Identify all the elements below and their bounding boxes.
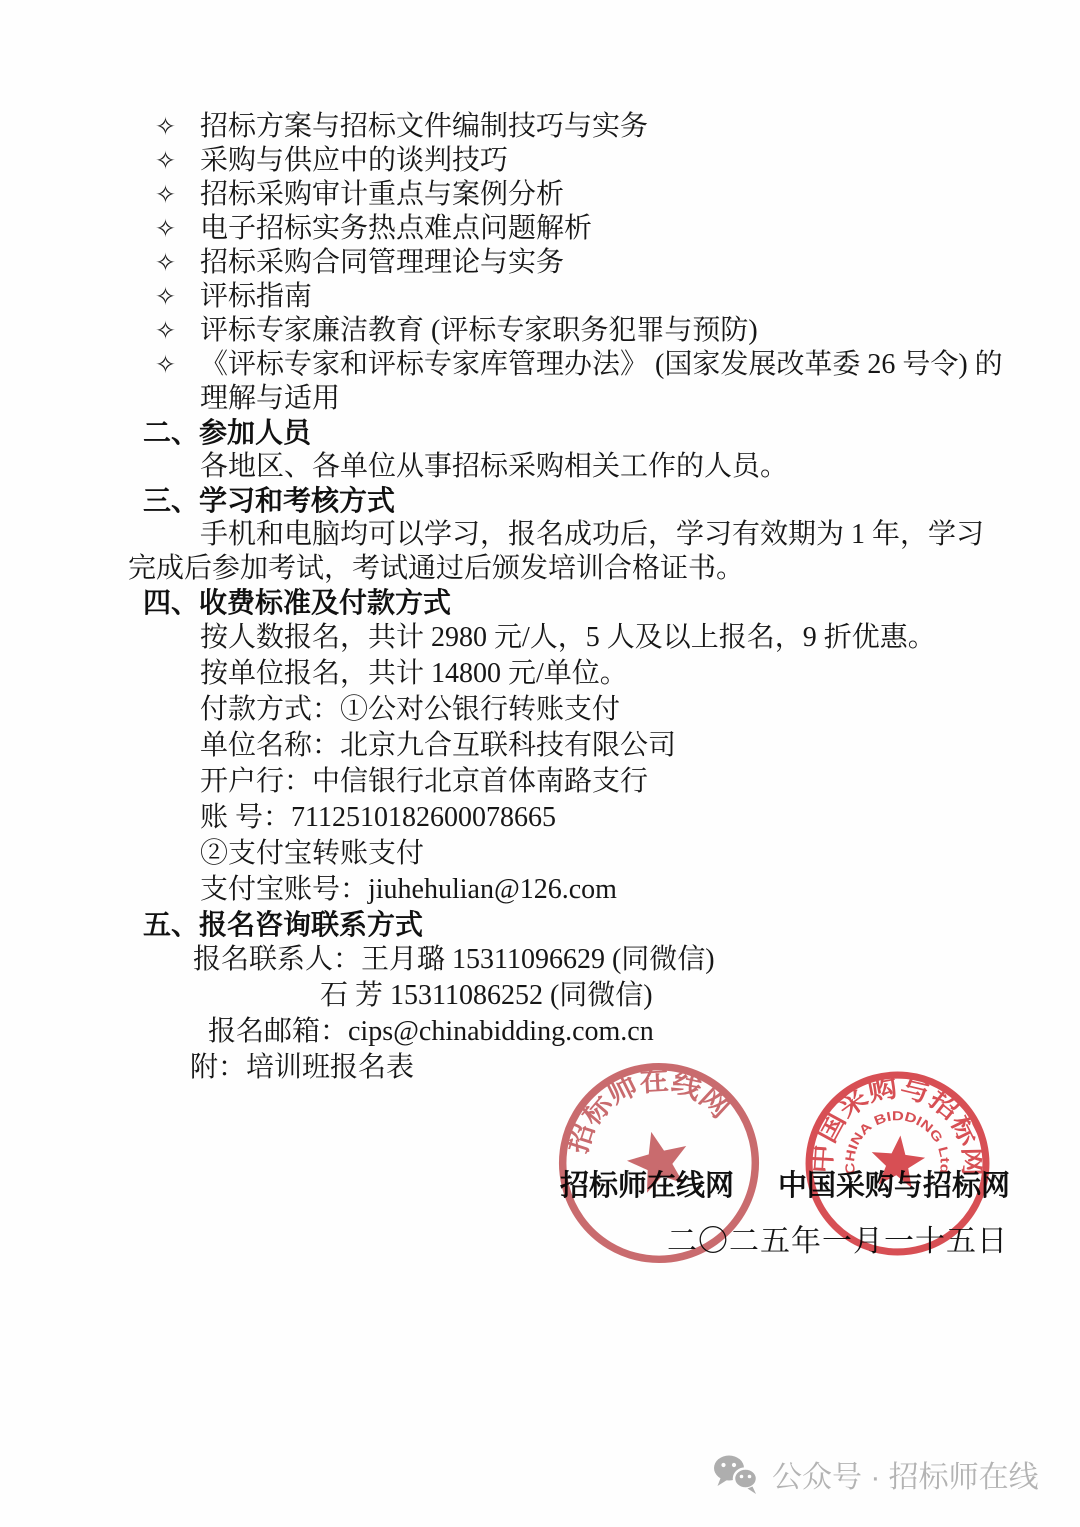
study-body-line2: 完成后参加考试，考试通过后颁发培训合格证书。 — [128, 553, 744, 584]
payment-method-line: 付款方式：①公对公银行转账支付 — [200, 692, 1003, 728]
list-item: ✧招标方案与招标文件编制技巧与实务 — [143, 110, 1003, 144]
list-item: ✧《评标专家和评标专家库管理办法》 (国家发展改革委 26 号令) 的理解与适用 — [143, 348, 1003, 416]
list-item: ✧采购与供应中的谈判技巧 — [143, 144, 1003, 178]
document-body: ✧招标方案与招标文件编制技巧与实务 ✧采购与供应中的谈判技巧 ✧招标采购审计重点… — [143, 110, 1003, 1086]
topic-text: 评标专家廉洁教育 (评标专家职务犯罪与预防) — [200, 315, 758, 346]
diamond-bullet-icon: ✧ — [155, 179, 176, 213]
attachment-line: 附：培训班报名表 — [190, 1050, 1003, 1086]
list-item: ✧电子招标实务热点难点问题解析 — [143, 212, 1003, 246]
diamond-bullet-icon: ✧ — [155, 247, 176, 281]
alipay-method-line: ②支付宝转账支付 — [200, 836, 1003, 872]
diamond-bullet-icon: ✧ — [155, 315, 176, 349]
topic-text: 采购与供应中的谈判技巧 — [200, 145, 508, 176]
topic-list: ✧招标方案与招标文件编制技巧与实务 ✧采购与供应中的谈判技巧 ✧招标采购审计重点… — [143, 110, 1003, 416]
diamond-bullet-icon: ✧ — [155, 349, 176, 383]
signature-org-2: 中国采购与招标网 — [778, 1163, 1010, 1204]
topic-text: 电子招标实务热点难点问题解析 — [200, 213, 592, 244]
fee-line: 按人数报名，共计 2980 元/人，5 人及以上报名，9 折优惠。 — [200, 620, 1003, 656]
account-number-line: 账 号：7112510182600078665 — [200, 800, 1003, 836]
contact-block: 报名联系人：王月璐 15311096629 (同微信) 石 芳 15311086… — [143, 942, 1003, 1086]
fees-block: 按人数报名，共计 2980 元/人，5 人及以上报名，9 折优惠。 按单位报名，… — [143, 620, 1003, 908]
fee-line: 按单位报名，共计 14800 元/单位。 — [200, 656, 1003, 692]
list-item: ✧招标采购审计重点与案例分析 — [143, 178, 1003, 212]
list-item: ✧评标指南 — [143, 280, 1003, 314]
signature-orgs: 招标师在线网 中国采购与招标网 — [560, 1163, 1010, 1204]
topic-text: 《评标专家和评标专家库管理办法》 (国家发展改革委 26 号令) 的 — [200, 349, 1003, 380]
diamond-bullet-icon: ✧ — [155, 281, 176, 315]
contact-person-line: 石 芳 15311086252 (同微信) — [320, 978, 1003, 1014]
company-name-line: 单位名称：北京九合互联科技有限公司 — [200, 728, 1003, 764]
wechat-icon — [712, 1453, 760, 1495]
study-body: 手机和电脑均可以学习，报名成功后，学习有效期为 1 年，学习完成后参加考试，考试… — [128, 518, 1003, 586]
wechat-account-tag[interactable]: 公众号 · 招标师在线 — [712, 1452, 1039, 1496]
diamond-bullet-icon: ✧ — [155, 145, 176, 179]
topic-text: 招标采购合同管理理论与实务 — [200, 247, 564, 278]
list-item: ✧评标专家廉洁教育 (评标专家职务犯罪与预防) — [143, 314, 1003, 348]
signature-date: 二〇二五年一月一十五日 — [667, 1216, 1008, 1260]
document-page: ✧招标方案与招标文件编制技巧与实务 ✧采购与供应中的谈判技巧 ✧招标采购审计重点… — [0, 0, 1080, 1527]
diamond-bullet-icon: ✧ — [155, 111, 176, 145]
section-heading-fees: 四、收费标准及付款方式 — [143, 586, 1003, 620]
section-heading-participants: 二、参加人员 — [143, 416, 1003, 450]
topic-text-wrap: 理解与适用 — [200, 383, 340, 414]
contact-email-line: 报名邮箱：cips@chinabidding.com.cn — [208, 1014, 1003, 1050]
participants-body: 各地区、各单位从事招标采购相关工作的人员。 — [143, 450, 1003, 484]
signature-org-1: 招标师在线网 — [560, 1163, 734, 1204]
wechat-account-label: 公众号 · 招标师在线 — [772, 1452, 1039, 1496]
list-item: ✧招标采购合同管理理论与实务 — [143, 246, 1003, 280]
section-heading-study: 三、学习和考核方式 — [143, 484, 1003, 518]
alipay-account-line: 支付宝账号：jiuhehulian@126.com — [200, 872, 1003, 908]
topic-text: 招标方案与招标文件编制技巧与实务 — [200, 111, 648, 142]
contact-person-line: 报名联系人：王月璐 15311096629 (同微信) — [193, 942, 1003, 978]
section-heading-contact: 五、报名咨询联系方式 — [143, 908, 1003, 942]
topic-text: 评标指南 — [200, 281, 312, 312]
study-body-line1: 手机和电脑均可以学习，报名成功后，学习有效期为 1 年，学习 — [128, 519, 984, 550]
diamond-bullet-icon: ✧ — [155, 213, 176, 247]
bank-line: 开户行：中信银行北京首体南路支行 — [200, 764, 1003, 800]
topic-text: 招标采购审计重点与案例分析 — [200, 179, 564, 210]
